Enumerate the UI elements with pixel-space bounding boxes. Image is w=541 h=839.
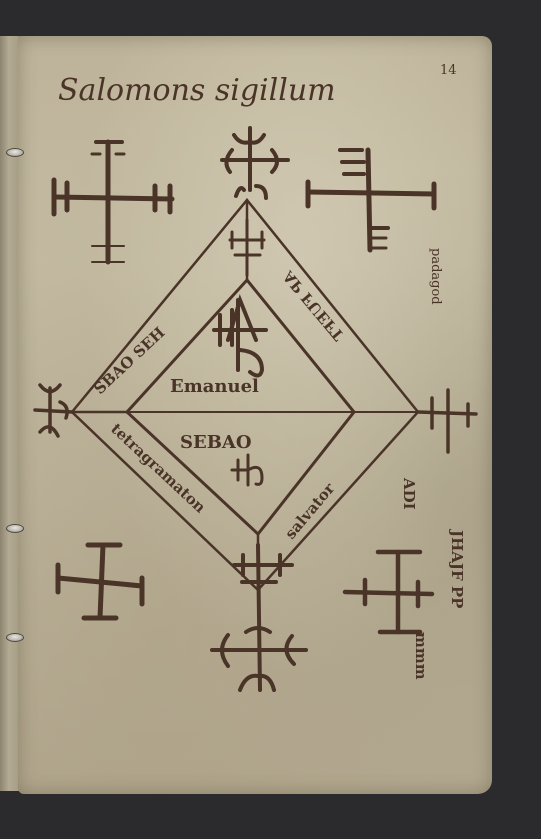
title-text: Salomons sigillum (58, 73, 336, 108)
center-upper-label: Emanuel (170, 376, 259, 397)
stave-right-middle-icon (418, 390, 476, 452)
manuscript-photo: Salomons sigillum 14 (0, 0, 541, 839)
cross-bottom-right-icon (345, 552, 432, 632)
tree-stave-top-right-icon (308, 150, 434, 250)
stave-left-middle-icon (35, 385, 72, 436)
right-margin-lower-1-text: ADI (400, 477, 418, 510)
central-glyph-icon (214, 300, 266, 376)
right-margin-upper-text: padagod (428, 248, 443, 305)
right-margin-lower-3-text: mmm (412, 632, 430, 680)
center-lower-label: SEBAO (180, 432, 252, 453)
folio-number: 14 (440, 63, 457, 78)
aegishjalmur-top-center-icon (222, 128, 288, 198)
lower-center-glyph-icon (232, 455, 262, 485)
ink-drawing: Salomons sigillum 14 (0, 0, 541, 839)
cross-bottom-left-icon (58, 545, 142, 618)
cross-top-left-icon (54, 142, 172, 262)
right-margin-lower-2-text: JHAJF PP (448, 528, 466, 608)
inner-top-stave-icon (230, 220, 264, 275)
stave-bottom-center-icon (212, 545, 306, 690)
band-upper-left-text: SBAO SEH (90, 323, 168, 397)
